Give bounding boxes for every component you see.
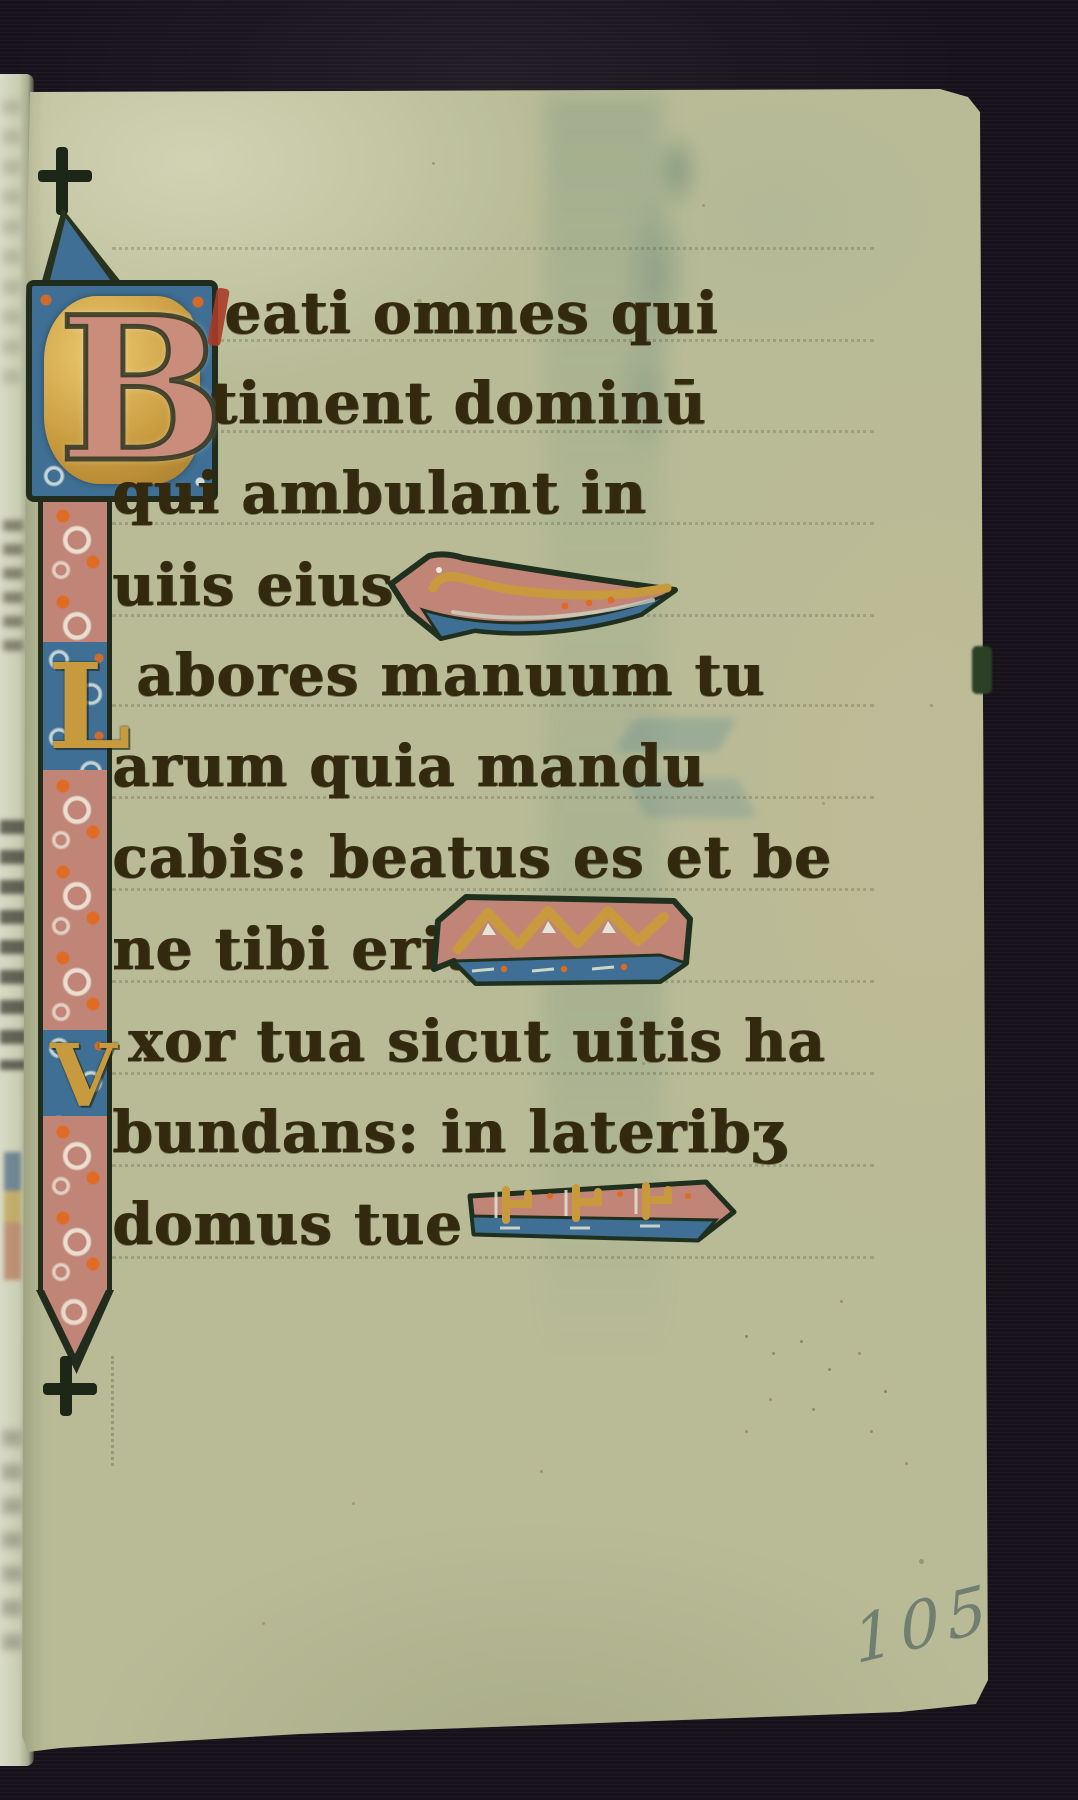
show-through-ghost: [3, 520, 23, 660]
text-line: abores manuum tu: [136, 640, 765, 710]
line-filler-icon: [383, 550, 683, 642]
text-line: timent dominū: [210, 368, 706, 438]
text-line: qui ambulant in: [112, 458, 647, 528]
border-bar-segment: [38, 1116, 112, 1292]
border-bar-segment: [38, 770, 112, 1030]
manuscript-page: L V B eati omnes qui timent dominū qui a…: [0, 0, 1078, 1800]
folio-number: 105: [850, 1571, 997, 1680]
text-line: eati omnes qui: [224, 278, 718, 348]
show-through-ghost: [4, 1152, 21, 1280]
text-line: arum quia mandu: [112, 731, 705, 801]
margin-initial-V: V: [50, 1034, 117, 1120]
show-through-ghost: [2, 1430, 22, 1660]
edge-smudge: [972, 646, 992, 694]
text-line: xor tua sicut uitis ha: [128, 1006, 826, 1076]
border-bar-segment: [38, 500, 112, 642]
show-through-ghost: [2, 100, 20, 400]
illuminated-initial-letter: B: [58, 296, 225, 484]
manuscript-photo: L V B eati omnes qui timent dominū qui a…: [0, 0, 1078, 1800]
text-line: ne tibi erit: [112, 914, 471, 984]
ruling-line: [112, 247, 874, 250]
text-line: domus tue: [112, 1189, 463, 1259]
text-line: uiis eius: [112, 550, 394, 620]
text-line: cabis: beatus es et be: [112, 822, 832, 892]
line-filler-icon: [460, 1176, 740, 1250]
line-filler-icon: [424, 891, 699, 990]
ruling-line: [111, 1356, 114, 1466]
parchment-speckles: [0, 0, 3, 3]
show-through-ghost: [0, 820, 26, 1070]
text-line: bundans: in lateribʒ: [112, 1097, 785, 1167]
